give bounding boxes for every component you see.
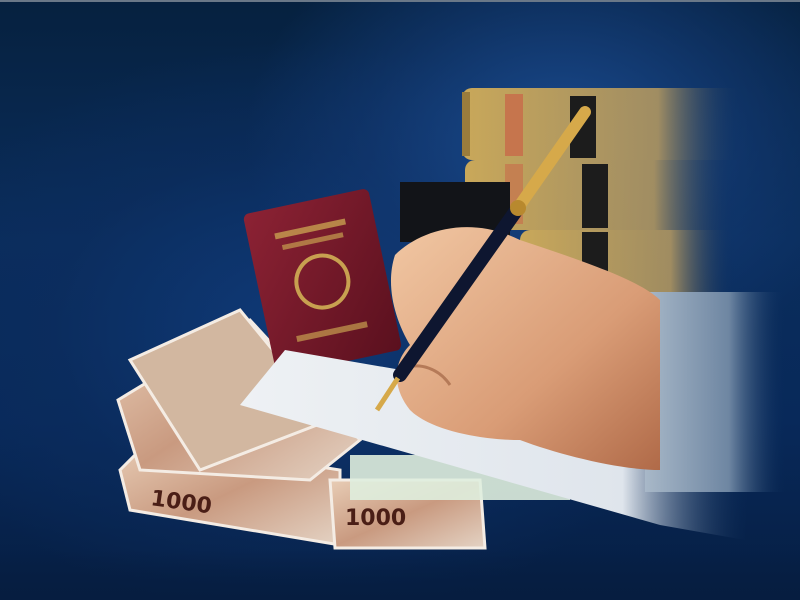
shirt-sleeve	[645, 292, 785, 492]
svg-text:1000: 1000	[345, 506, 406, 531]
photo-scene: 1000 1000	[0, 0, 800, 600]
illustration: 1000 1000	[0, 0, 800, 600]
bottom-shadow	[0, 550, 800, 600]
